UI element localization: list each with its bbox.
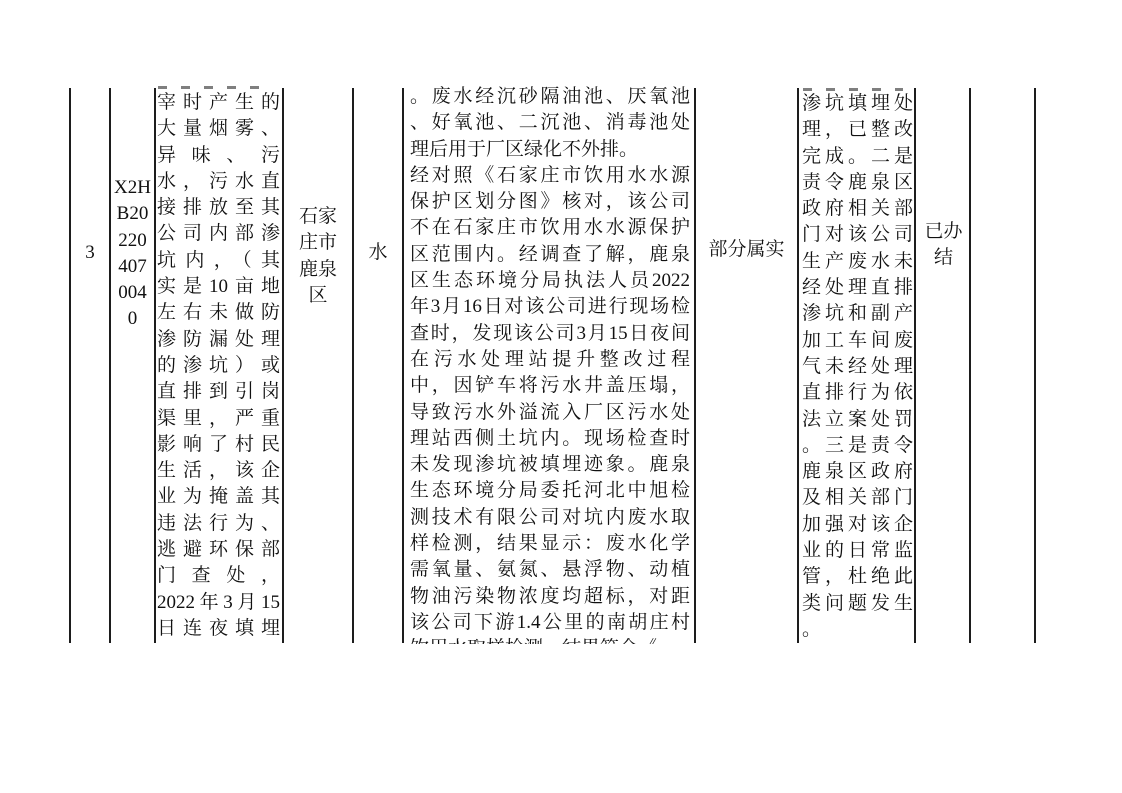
table-border bbox=[69, 88, 71, 643]
text-line: 大量烟雾、 bbox=[157, 116, 280, 142]
text-line: 违法行为、 bbox=[157, 511, 280, 537]
text-line: 异味、污 bbox=[157, 143, 280, 169]
text-line: 已办 bbox=[917, 219, 970, 245]
text-line: 影响了村民 bbox=[157, 432, 280, 458]
text-line: 宰时产生的 bbox=[157, 90, 280, 116]
text-line: 及相关部门 bbox=[802, 485, 913, 511]
text-line: B20 bbox=[110, 201, 155, 227]
text-line: 加工车间废 bbox=[802, 328, 913, 354]
text-line: 实是10亩地 bbox=[157, 274, 280, 300]
text-line: 公司内部渗 bbox=[157, 221, 280, 247]
text-line: 样检测，结果显示：废水化学 bbox=[410, 531, 690, 557]
text-line: 接排放至其 bbox=[157, 195, 280, 221]
text-line: 中，因铲车将污水井盖压塌， bbox=[410, 373, 690, 399]
text-line: 未发现渗坑被填埋迹象。鹿泉 bbox=[410, 452, 690, 478]
text-line: 业的日常监 bbox=[802, 538, 913, 564]
text-line: 220 bbox=[110, 228, 155, 254]
text-line: 结 bbox=[917, 245, 970, 271]
text-line: 。三是责令 bbox=[802, 433, 913, 459]
text-line: 经对照《石家庄市饮用水水源 bbox=[410, 163, 690, 189]
text-line: 鹿泉 bbox=[283, 257, 353, 283]
text-line: 查时，发现该公司3月15日夜间 bbox=[410, 321, 690, 347]
text-line: 鹿泉区政府 bbox=[802, 459, 913, 485]
text-line: 需氧量、氨氮、悬浮物、动植 bbox=[410, 557, 690, 583]
text-line: 直排行为依 bbox=[802, 380, 913, 406]
text-line: 区范围内。经调查了解，鹿泉 bbox=[410, 242, 690, 268]
text-line: 区 bbox=[283, 283, 353, 309]
text-line: 逃避环保部 bbox=[157, 537, 280, 563]
cell-handling-text: 渗坑填埋处理，已整改完成。二是责令鹿泉区政府相关部门对该公司生产废水未经处理直排… bbox=[802, 91, 913, 643]
table-border bbox=[797, 88, 799, 643]
text-line: 气未经处理 bbox=[802, 354, 913, 380]
text-line: 区生态环境分局执法人员2022 bbox=[410, 268, 690, 294]
text-line: 业为掩盖其 bbox=[157, 484, 280, 510]
text-line: 政府相关部 bbox=[802, 196, 913, 222]
text-line: 的渗坑）或 bbox=[157, 353, 280, 379]
text-line: 石家 bbox=[283, 204, 353, 230]
table-border bbox=[1034, 88, 1036, 643]
text-line: 2022年3月15 bbox=[157, 590, 280, 616]
text-line: 理，已整改 bbox=[802, 117, 913, 143]
table-border bbox=[694, 88, 696, 643]
text-line: 管，杜绝此 bbox=[802, 564, 913, 590]
document-page: 3 X2HB202204070040 宰时产生的大量烟雾、异味、污水，污水直接排… bbox=[0, 0, 1122, 793]
text-line: 生产废水未 bbox=[802, 249, 913, 275]
text-line: 门查处， bbox=[157, 563, 280, 589]
table-border bbox=[154, 88, 156, 643]
text-line: 渗坑填埋处 bbox=[802, 91, 913, 117]
text-line: 法立案处罚 bbox=[802, 407, 913, 433]
text-line: 渠里，严重 bbox=[157, 406, 280, 432]
text-line: 坑内，（其 bbox=[157, 248, 280, 274]
text-line: 类问题发生 bbox=[802, 591, 913, 617]
text-line: 经处理直排 bbox=[802, 275, 913, 301]
table-border bbox=[402, 88, 404, 643]
text-line: 庄市 bbox=[283, 230, 353, 256]
text-line: 407 bbox=[110, 254, 155, 280]
text-line: 。 bbox=[802, 617, 913, 643]
text-line: 直排到引岗 bbox=[157, 379, 280, 405]
cell-pollution-category: 水 bbox=[353, 240, 403, 266]
text-line: 左右未做防 bbox=[157, 300, 280, 326]
table-border bbox=[352, 88, 354, 643]
serial-number: 3 bbox=[70, 240, 110, 266]
text-line: 0 bbox=[110, 306, 155, 332]
text-line: 加强对该企 bbox=[802, 512, 913, 538]
text-line: 导致污水外溢流入厂区污水处 bbox=[410, 400, 690, 426]
text-line: 在污水处理站提升整改过程 bbox=[410, 347, 690, 373]
table-row-clip: 3 X2HB202204070040 宰时产生的大量烟雾、异味、污水，污水直接排… bbox=[0, 84, 1122, 644]
text-line: 渗防漏处理 bbox=[157, 327, 280, 353]
text-line: 生活，该企 bbox=[157, 458, 280, 484]
pollution-category: 水 bbox=[353, 240, 403, 266]
table-border bbox=[914, 88, 916, 643]
text-line: 水，污水直 bbox=[157, 169, 280, 195]
cell-empty bbox=[970, 84, 1034, 639]
text-line: 日连夜填埋 bbox=[157, 616, 280, 642]
text-line: 责令鹿泉区 bbox=[802, 170, 913, 196]
text-line: 不在石家庄市饮用水水源保护 bbox=[410, 215, 690, 241]
cell-case-number: X2HB202204070040 bbox=[110, 175, 155, 333]
text-line: 、好氧池、二沉池、消毒池处 bbox=[410, 110, 690, 136]
cell-investigation-text: 。废水经沉砂隔油池、厌氧池、好氧池、二沉池、消毒池处理后用于厂区绿化不外排。经对… bbox=[410, 84, 690, 644]
text-line: 保护区划分图》核对，该公司 bbox=[410, 189, 690, 215]
cell-status: 已办结 bbox=[917, 219, 970, 272]
cell-serial-number: 3 bbox=[70, 240, 110, 266]
text-line: 生态环境分局委托河北中旭检 bbox=[410, 478, 690, 504]
table-border bbox=[282, 88, 284, 643]
text-line: 完成。二是 bbox=[802, 144, 913, 170]
text-line: 004 bbox=[110, 280, 155, 306]
text-line: 饮用水取样检测，结果符合《 bbox=[410, 636, 690, 644]
text-line: 该公司下游1.4公里的南胡庄村 bbox=[410, 610, 690, 636]
cell-complaint-text: 宰时产生的大量烟雾、异味、污水，污水直接排放至其公司内部渗坑内，（其实是10亩地… bbox=[157, 90, 280, 642]
text-line: 理站西侧土坑内。现场检查时 bbox=[410, 426, 690, 452]
table-border bbox=[109, 88, 111, 643]
verification-result: 部分属实 bbox=[695, 237, 798, 263]
cell-verification-result: 部分属实 bbox=[695, 237, 798, 263]
text-line: 。废水经沉砂隔油池、厌氧池 bbox=[410, 84, 690, 110]
text-line: X2H bbox=[110, 175, 155, 201]
text-line: 理后用于厂区绿化不外排。 bbox=[410, 137, 690, 163]
clipped-text-fragment bbox=[158, 86, 270, 89]
text-line: 渗坑和副产 bbox=[802, 301, 913, 327]
cell-region: 石家庄市鹿泉区 bbox=[283, 204, 353, 309]
text-line: 门对该公司 bbox=[802, 222, 913, 248]
text-line: 年3月16日对该公司进行现场检 bbox=[410, 294, 690, 320]
text-line: 测技术有限公司对坑内废水取 bbox=[410, 505, 690, 531]
text-line: 物油污染物浓度均超标，对距 bbox=[410, 584, 690, 610]
